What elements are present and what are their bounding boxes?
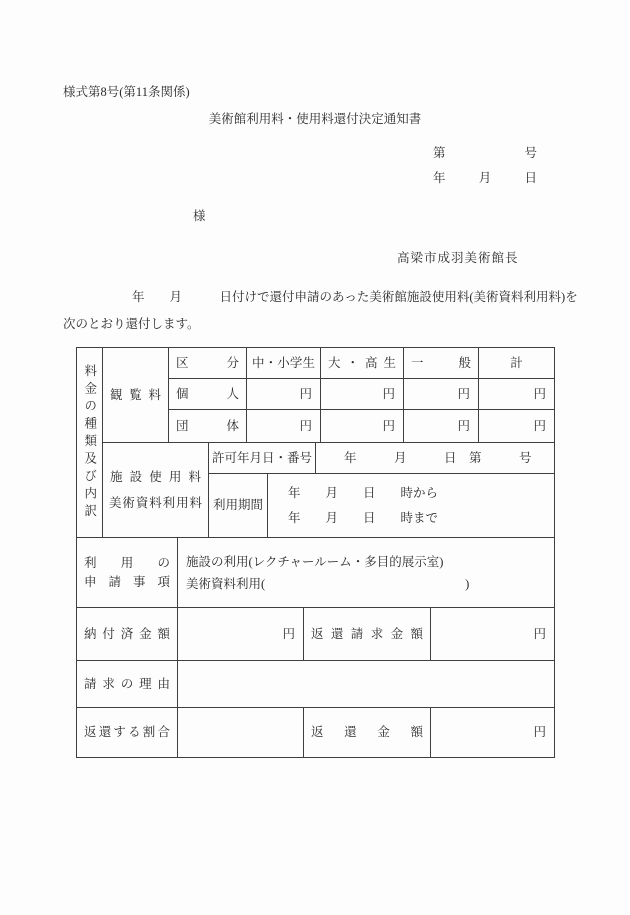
addressee-suffix: 様 (193, 209, 206, 223)
application-value-line1: 施設の利用(レクチャールーム・多目的展示室) (186, 551, 443, 573)
application-label-line1: 利用の (77, 556, 177, 570)
facility-fee-label-cell: 施設使用料 美術資料利用料 (103, 443, 209, 537)
facility-fee-label-line1: 施設使用料 (103, 470, 208, 484)
body-line-1: 年 月 日付けで還付申請のあった美術館施設使用料(美術資料利用料)を (132, 290, 578, 304)
reason-label: 請求の理由 (77, 677, 177, 691)
date-day-label: 日 (524, 171, 537, 185)
permit-row: 許可年月日・番号 年 月 日 第 号 (209, 443, 554, 474)
period-from: 年 月 日 時から (288, 481, 438, 506)
paid-amount-label: 納付済金額 (77, 627, 177, 641)
paid-amount-row: 納付済金額 円 返還請求金額 円 (77, 608, 554, 661)
form-id: 様式第8号(第11条関係) (63, 85, 190, 99)
application-value-line2: 美術資料利用( ) (186, 573, 469, 595)
period-value-cell: 年 月 日 時から 年 月 日 時まで (268, 474, 554, 537)
group-highschool-amount: 円 (321, 410, 404, 442)
date-year-label: 年 (433, 171, 446, 185)
application-value-cell: 施設の利用(レクチャールーム・多目的展示室) 美術資料利用( ) (178, 538, 554, 607)
reason-value-blank (178, 661, 554, 707)
group-label-cell: 団体 (169, 410, 247, 442)
refund-ratio-value-blank (178, 708, 304, 757)
reason-row: 請求の理由 (77, 661, 554, 708)
admission-category-header: 区分 (169, 356, 246, 370)
admission-label-cell: 観覧料 (103, 348, 169, 442)
document-number-line: 第 号 (433, 146, 537, 160)
document-title: 美術館利用料・使用料還付決定通知書 (0, 112, 630, 126)
admission-col-elementary-label: 中・小学生 (247, 356, 320, 370)
admission-col-elementary: 中・小学生 (247, 348, 321, 378)
refund-ratio-label-cell: 返還する割合 (77, 708, 178, 757)
refund-request-value: 円 (431, 608, 554, 660)
period-label-cell: 利用期間 (209, 474, 268, 537)
admission-col-general-label: 一般 (404, 356, 478, 370)
facility-fee-label-line2: 美術資料利用料 (103, 496, 208, 510)
permit-label: 許可年月日・番号 (209, 451, 315, 465)
facility-subsection: 施設使用料 美術資料利用料 許可年月日・番号 年 月 日 第 号 (103, 443, 554, 537)
paid-amount-value: 円 (178, 608, 304, 660)
document-page: 様式第8号(第11条関係) 美術館利用料・使用料還付決定通知書 第 号 年 月 … (0, 0, 630, 915)
admission-category-header-cell: 区分 (169, 348, 247, 378)
individual-general-amount: 円 (404, 379, 479, 410)
admission-col-general: 一般 (404, 348, 479, 378)
period-label: 利用期間 (209, 498, 267, 512)
refund-request-label-cell: 返還請求金額 (304, 608, 431, 660)
fee-table: 料金の種類及び内訳 観覧料 区分 中・小学生 (76, 347, 555, 758)
permit-label-cell: 許可年月日・番号 (209, 443, 316, 473)
refund-ratio-label: 返還する割合 (77, 725, 177, 739)
admission-group-row: 団体 円 円 円 円 (169, 410, 554, 442)
paid-amount-label-cell: 納付済金額 (77, 608, 178, 660)
admission-individual-row: 個人 円 円 円 円 (169, 379, 554, 411)
admission-col-total: 計 (479, 348, 554, 378)
refund-request-label: 返還請求金額 (304, 627, 430, 641)
admission-header-row: 区分 中・小学生 大・高生 一般 (169, 348, 554, 379)
period-row: 利用期間 年 月 日 時から 年 月 日 時まで (209, 474, 554, 537)
admission-label: 観覧料 (103, 388, 168, 402)
application-label-cell: 利用の 申請事項 (77, 538, 178, 607)
group-label: 団体 (169, 419, 246, 433)
date-month-label: 月 (479, 171, 492, 185)
refund-ratio-row: 返還する割合 返還金額 円 (77, 708, 554, 757)
doc-no-suffix: 号 (524, 146, 537, 160)
permit-value: 年 月 日 第 号 (316, 443, 554, 473)
body-line-2: 次のとおり還付します。 (63, 317, 200, 331)
group-general-amount: 円 (404, 410, 479, 442)
refund-amount-value: 円 (431, 708, 554, 757)
application-label-line2: 申請事項 (77, 575, 177, 589)
individual-label-cell: 個人 (169, 379, 247, 410)
individual-total-amount: 円 (479, 379, 554, 410)
fee-category-vertical-label-cell: 料金の種類及び内訳 (77, 348, 103, 537)
application-row: 利用の 申請事項 施設の利用(レクチャールーム・多目的展示室) 美術資料利用( … (77, 538, 554, 608)
admission-col-highschool: 大・高生 (321, 348, 404, 378)
sender: 高梁市成羽美術館長 (397, 251, 519, 265)
refund-amount-label: 返還金額 (304, 725, 430, 739)
individual-elementary-amount: 円 (247, 379, 321, 410)
period-to: 年 月 日 時まで (288, 506, 438, 531)
group-total-amount: 円 (479, 410, 554, 442)
reason-label-cell: 請求の理由 (77, 661, 178, 707)
admission-subsection: 観覧料 区分 中・小学生 大・高生 (103, 348, 554, 443)
admission-col-highschool-label: 大・高生 (321, 356, 403, 370)
doc-no-prefix: 第 (433, 146, 446, 160)
date-line: 年 月 日 (433, 171, 537, 185)
fee-category-vertical-label: 料金の種類及び内訳 (83, 364, 96, 522)
individual-highschool-amount: 円 (321, 379, 404, 410)
fee-category-section: 料金の種類及び内訳 観覧料 区分 中・小学生 (77, 348, 554, 538)
admission-col-total-label: 計 (479, 356, 554, 370)
refund-amount-label-cell: 返還金額 (304, 708, 431, 757)
individual-label: 個人 (169, 387, 246, 401)
group-elementary-amount: 円 (247, 410, 321, 442)
